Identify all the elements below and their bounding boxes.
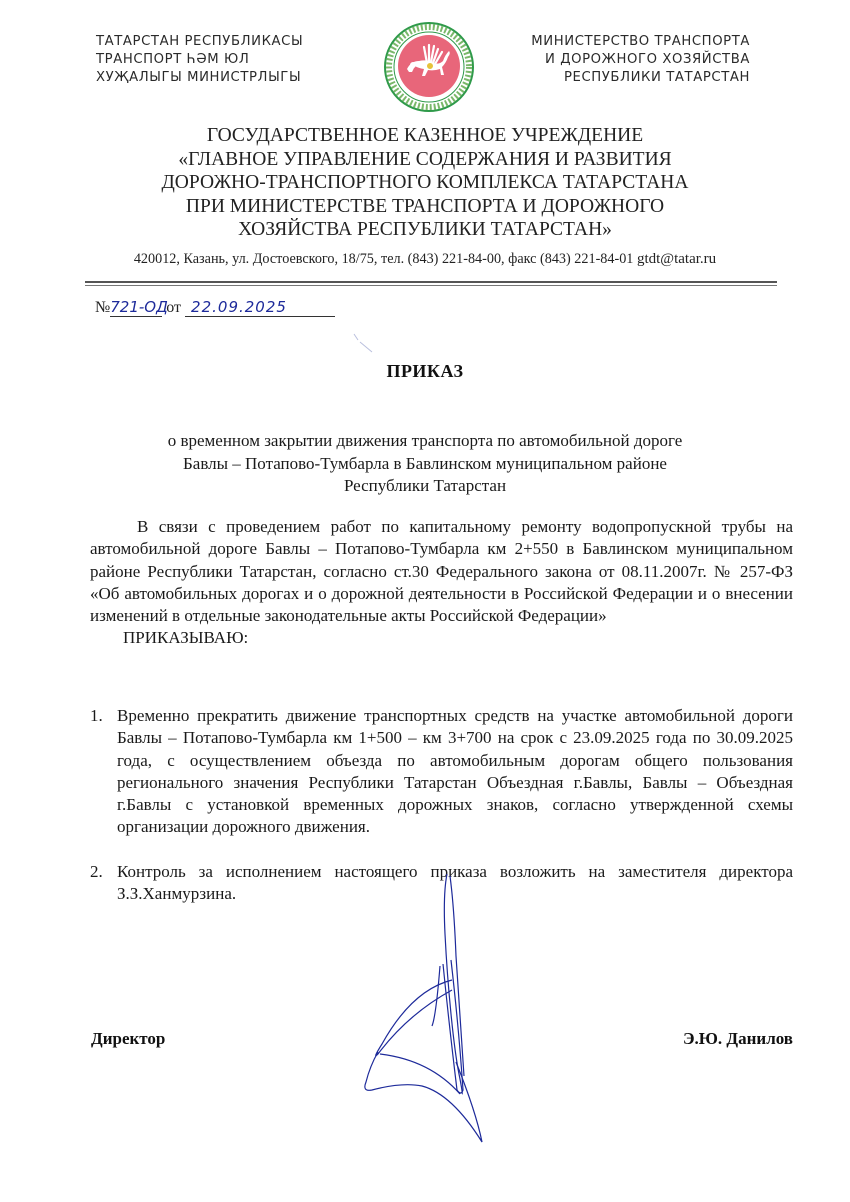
handwritten-signature bbox=[340, 870, 490, 1170]
subject-line: Республики Татарстан bbox=[0, 475, 850, 498]
preamble-paragraph: В связи с проведением работ по капитальн… bbox=[90, 516, 793, 627]
scan-artifact bbox=[350, 330, 390, 360]
header-divider bbox=[85, 281, 777, 283]
header-divider-thin bbox=[85, 285, 777, 286]
letterhead-tatar-line: ХУҖАЛЫГЫ МИНИСТРЛЫГЫ bbox=[96, 69, 303, 87]
signatory-title: Директор bbox=[91, 1029, 165, 1049]
organization-line: ПРИ МИНИСТЕРСТВЕ ТРАНСПОРТА И ДОРОЖНОГО bbox=[0, 195, 850, 219]
document-title: ПРИКАЗ bbox=[0, 361, 850, 382]
letterhead-russian-line: И ДОРОЖНОГО ХОЗЯЙСТВА bbox=[531, 51, 750, 69]
letterhead-tatar-line: ТАТАРСТАН РЕСПУБЛИКАСЫ bbox=[96, 33, 303, 51]
letterhead-tatar: ТАТАРСТАН РЕСПУБЛИКАСЫ ТРАНСПОРТ ҺӘМ ЮЛ … bbox=[96, 33, 303, 87]
document-number: 721-ОД bbox=[110, 298, 162, 317]
organization-line: ДОРОЖНО-ТРАНСПОРТНОГО КОМПЛЕКСА ТАТАРСТА… bbox=[0, 171, 850, 195]
subject-line: о временном закрытии движения транспорта… bbox=[0, 430, 850, 453]
signatory-name: Э.Ю. Данилов bbox=[683, 1029, 793, 1049]
document-subject: о временном закрытии движения транспорта… bbox=[0, 430, 850, 498]
letterhead-tatar-line: ТРАНСПОРТ ҺӘМ ЮЛ bbox=[96, 51, 303, 69]
document-body: В связи с проведением работ по капитальн… bbox=[90, 516, 793, 650]
order-word: ПРИКАЗЫВАЮ: bbox=[123, 627, 793, 649]
organization-address: 420012, Казань, ул. Достоевского, 18/75,… bbox=[0, 251, 850, 268]
letterhead-russian: МИНИСТЕРСТВО ТРАНСПОРТА И ДОРОЖНОГО ХОЗЯ… bbox=[531, 33, 750, 87]
tatarstan-coat-of-arms-icon bbox=[383, 21, 475, 113]
address-text: 420012, Казань, ул. Достоевского, 18/75,… bbox=[134, 251, 634, 267]
number-prefix: № bbox=[95, 299, 110, 316]
organization-line: ГОСУДАРСТВЕННОЕ КАЗЕННОЕ УЧРЕЖДЕНИЕ bbox=[0, 124, 850, 148]
item-number: 1. bbox=[90, 705, 117, 839]
document-number-line: №721-ОД от 22.09.2025 bbox=[95, 298, 335, 317]
organization-line: «ГЛАВНОЕ УПРАВЛЕНИЕ СОДЕРЖАНИЯ И РАЗВИТИ… bbox=[0, 148, 850, 172]
organization-name: ГОСУДАРСТВЕННОЕ КАЗЕННОЕ УЧРЕЖДЕНИЕ «ГЛА… bbox=[0, 124, 850, 242]
letterhead-russian-line: МИНИСТЕРСТВО ТРАНСПОРТА bbox=[531, 33, 750, 51]
date-label: от bbox=[166, 299, 181, 316]
item-text: Временно прекратить движение транспортны… bbox=[117, 705, 793, 839]
letterhead-russian-line: РЕСПУБЛИКИ ТАТАРСТАН bbox=[531, 69, 750, 87]
subject-line: Бавлы – Потапово-Тумбарла в Бавлинском м… bbox=[0, 453, 850, 476]
document-date: 22.09.2025 bbox=[185, 298, 335, 317]
order-item: 1. Временно прекратить движение транспор… bbox=[90, 705, 793, 839]
organization-line: ХОЗЯЙСТВА РЕСПУБЛИКИ ТАТАРСТАН» bbox=[0, 218, 850, 242]
email-link[interactable]: gtdt@tatar.ru bbox=[637, 251, 716, 267]
item-number: 2. bbox=[90, 861, 117, 906]
